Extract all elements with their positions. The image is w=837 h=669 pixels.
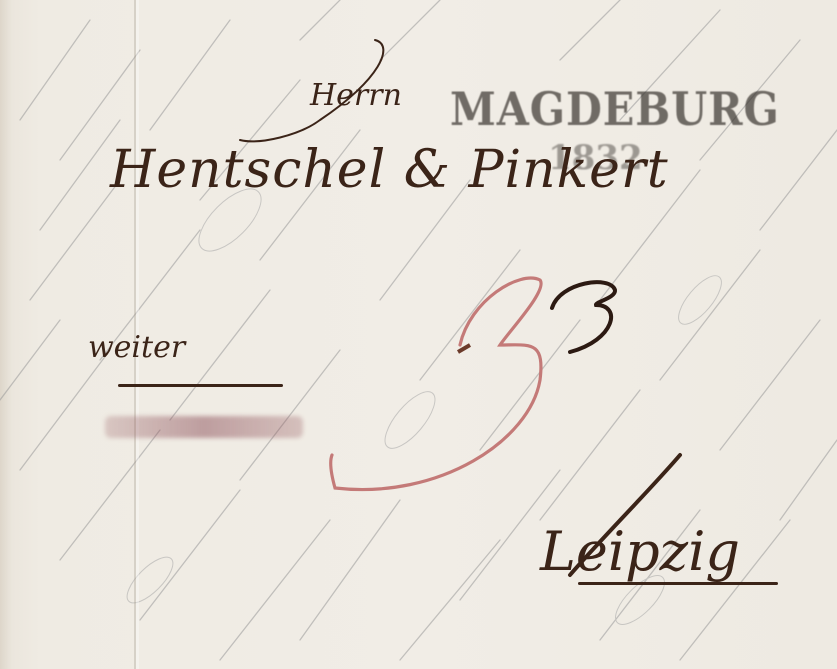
- city-flourish: [0, 0, 837, 669]
- letter-cover: MAGDEBURG 1832 Herrn Hentschel & Pinkert…: [0, 0, 837, 669]
